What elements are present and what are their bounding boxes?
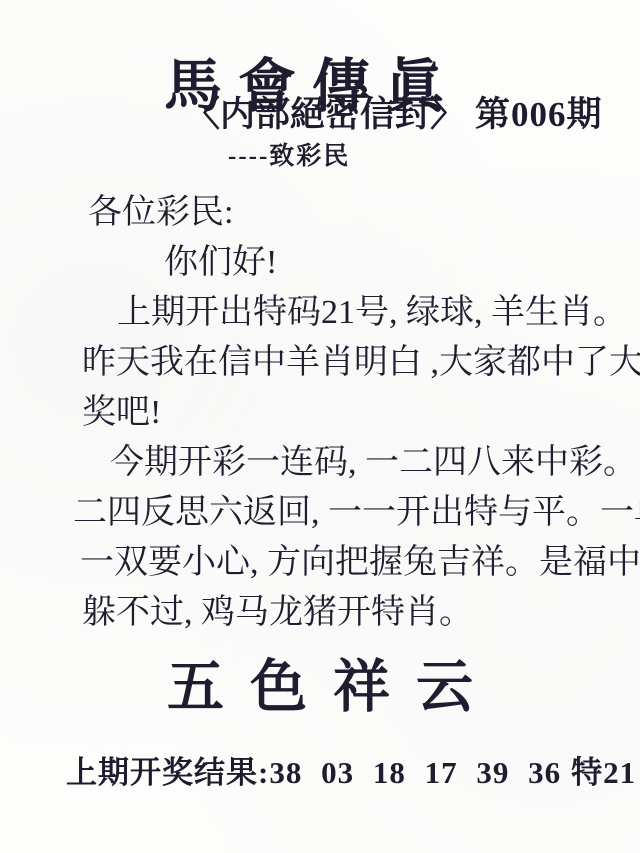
subtitle-row: 〈内部絕密信封〉第006期 [185,92,545,138]
issue-number: 第006期 [475,95,603,134]
letter-line: 上期开出特码21号, 绿球, 羊生肖。 [0,288,640,338]
letter-salutation: 各位彩民: [0,188,640,238]
letter-line: 一双要小心, 方向把握兔吉祥。是福中祸 [0,538,640,588]
letter-line: 二四反思六返回, 一一开出特与平。一单 [0,488,640,538]
letter-line: 奖吧! [0,388,640,438]
fax-document-page: 馬會傳眞 〈内部絕密信封〉第006期 ----致彩民 各位彩民: 你们好! 上期… [0,0,640,853]
letter-body: 各位彩民: 你们好! 上期开出特码21号, 绿球, 羊生肖。 昨天我在信中羊肖明… [0,188,640,638]
results-special-number: 特21 [571,755,636,790]
dedication-line: ----致彩民 [228,142,350,172]
letter-greeting: 你们好! [0,238,640,288]
previous-results-line: 上期开奖结果:38 03 18 17 39 36特21 [66,752,636,794]
letter-line: 昨天我在信中羊肖明白 ,大家都中了大 [0,338,640,388]
letter-line: 今期开彩一连码, 一二四八来中彩。 [0,438,640,488]
subtitle-bracketed-label: 〈内部絕密信封〉 [185,95,465,134]
results-label: 上期开奖结果: [66,755,269,790]
results-numbers: 38 03 18 17 39 36 [269,755,561,790]
footer-slogan-title: 五色祥云 [0,655,640,721]
letter-line: 躲不过, 鸡马龙猪开特肖。 [0,588,640,638]
